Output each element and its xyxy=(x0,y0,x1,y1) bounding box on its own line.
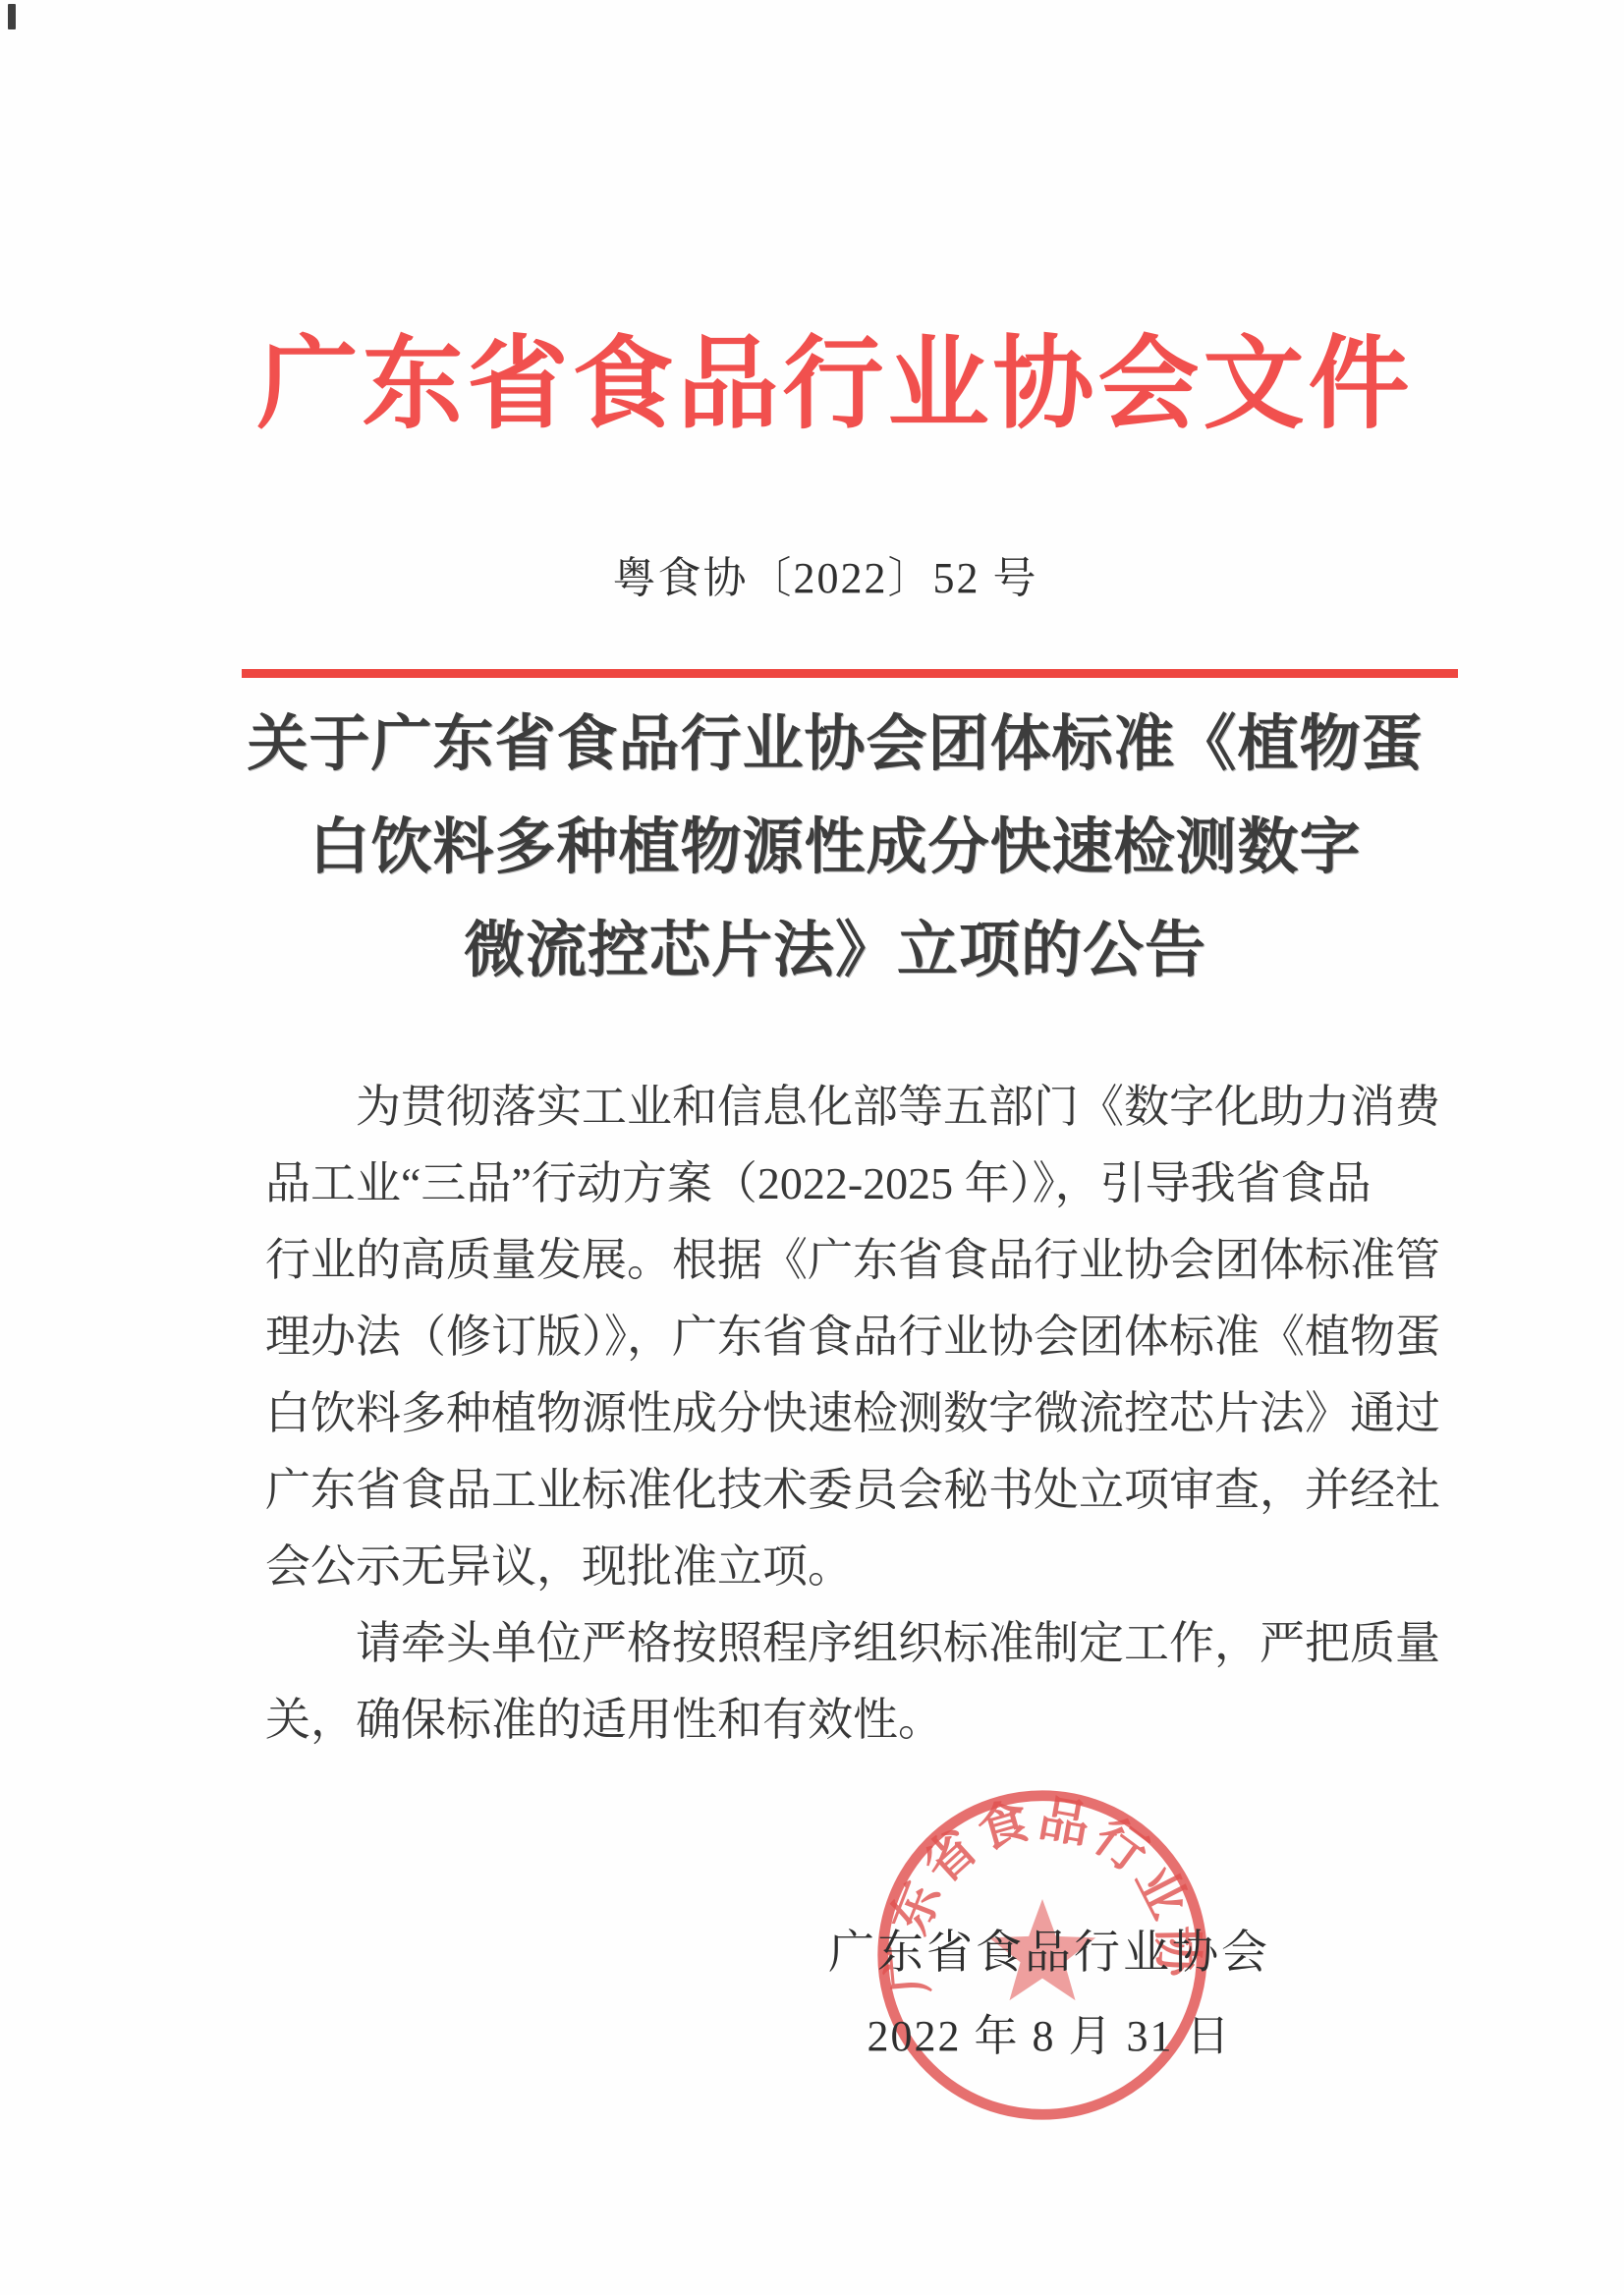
subject-line-3: 微流控芯片法》立项的公告 xyxy=(246,900,1425,1003)
official-document-page: { "header": { "org_title": "广东省食品行业协会文件"… xyxy=(0,0,1624,2295)
signature-date: 2022 年 8 月 31 日 xyxy=(804,2000,1295,2063)
body-line: 关，确保标准的适用性和有效性。 xyxy=(265,1682,1405,1759)
body-line: 会公示无异议，现批准立项。 xyxy=(265,1529,1405,1605)
red-separator-rule xyxy=(242,669,1458,678)
doc-number: 粤食协〔2022〕52 号 xyxy=(334,542,1316,605)
body-line: 理办法（修订版）》，广东省食品行业协会团体标准《植物蛋 xyxy=(265,1299,1405,1375)
body-line: 品工业“三品”行动方案（2022-2025 年）》，引导我省食品 xyxy=(265,1146,1405,1222)
signature-org: 广东省食品行业协会 xyxy=(804,1916,1295,1982)
body-line: 白饮料多种植物源性成分快速检测数字微流控芯片法》通过 xyxy=(265,1375,1405,1452)
body-line: 广东省食品工业标准化技术委员会秘书处立项审查，并经社 xyxy=(265,1452,1405,1529)
body-line: 请牵头单位严格按照程序组织标准制定工作，严把质量 xyxy=(265,1605,1405,1682)
subject-line-1: 关于广东省食品行业协会团体标准《植物蛋 xyxy=(246,694,1425,797)
letterhead-title: 广东省食品行业协会文件 xyxy=(223,303,1447,448)
body-text: 为贯彻落实工业和信息化部等五部门《数字化助力消费 品工业“三品”行动方案（202… xyxy=(265,1069,1405,1759)
body-line: 为贯彻落实工业和信息化部等五部门《数字化助力消费 xyxy=(265,1069,1405,1146)
body-line: 行业的高质量发展。根据《广东省食品行业协会团体标准管 xyxy=(265,1222,1405,1299)
subject-line-2: 白饮料多种植物源性成分快速检测数字 xyxy=(246,797,1425,900)
corner-scan-mark xyxy=(8,4,16,29)
subject-heading: 关于广东省食品行业协会团体标准《植物蛋 白饮料多种植物源性成分快速检测数字 微流… xyxy=(246,694,1425,1003)
